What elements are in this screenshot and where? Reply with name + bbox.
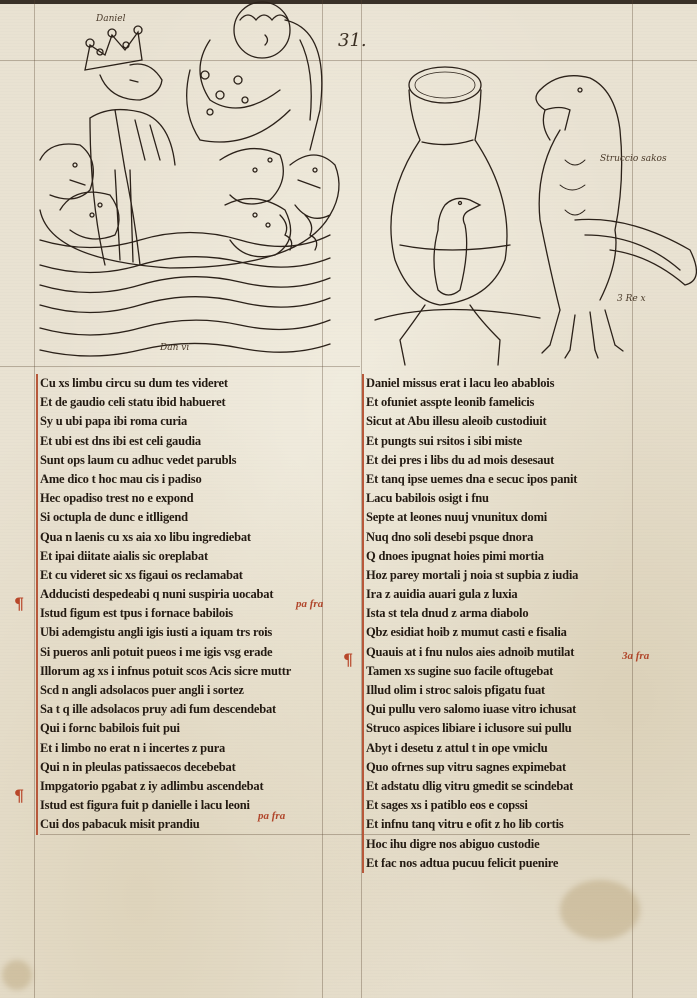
text-line: Septe at leones nuuj vnunitux domi bbox=[366, 508, 656, 527]
text-line: Qui n in pleulas patissaecos decebebat bbox=[40, 758, 330, 777]
text-line: Et de gaudio celi statu ibid habueret bbox=[40, 393, 330, 412]
text-line: Illorum ag xs i infnus potuit scos Acis … bbox=[40, 662, 330, 681]
text-line: Et fac nos adtua pucuu felicit puenire bbox=[366, 854, 656, 873]
illustration-daniel-lions bbox=[30, 0, 360, 370]
text-line: Sicut at Abu illesu aleoib custodiuit bbox=[366, 412, 656, 431]
text-line: Si octupla de dunc e itlligend bbox=[40, 508, 330, 527]
text-line: Et pungts sui rsitos i sibi miste bbox=[366, 432, 656, 451]
text-line: Daniel missus erat i lacu leo abablois bbox=[366, 374, 656, 393]
text-line: Et cu videret sic xs figaui os reclamaba… bbox=[40, 566, 330, 585]
rubric-note: pa fra bbox=[296, 598, 323, 610]
text-line: Hoz parey mortali j noia st supbia z iud… bbox=[366, 566, 656, 585]
paragraph-mark: ¶ bbox=[14, 594, 24, 613]
text-line: Q dnoes ipugnat hoies pimi mortia bbox=[366, 547, 656, 566]
text-line: Qua n laenis cu xs aia xo libu ingredieb… bbox=[40, 528, 330, 547]
text-line: Adducisti despedeabi q nuni suspiria uoc… bbox=[40, 585, 330, 604]
right-text-column: Daniel missus erat i lacu leo abablois E… bbox=[366, 374, 656, 873]
text-line: Tamen xs sugine suo facile oftugebat bbox=[366, 662, 656, 681]
text-line: Hoc ihu digre nos abiguo custodie bbox=[366, 835, 656, 854]
text-line: Qui pullu vero salomo iuase vitro ichusa… bbox=[366, 700, 656, 719]
text-line: Et sages xs i patiblo eos e copssi bbox=[366, 796, 656, 815]
text-line: Istud est figura fuit p danielle i lacu … bbox=[40, 796, 330, 815]
text-line: Quauis at i fnu nulos aies adnoib mutila… bbox=[366, 643, 656, 662]
left-text-column: Cu xs limbu circu su dum tes videret Et … bbox=[40, 374, 330, 835]
text-line: Et i limbo no erat n i incertes z pura bbox=[40, 739, 330, 758]
text-line: Impgatorio pgabat z iy adlimbu ascendeba… bbox=[40, 777, 330, 796]
text-line: Illud olim i stroc salois pfigatu fuat bbox=[366, 681, 656, 700]
text-line: Ista st tela dnud z arma diabolo bbox=[366, 604, 656, 623]
illustration-label-struccio: Struccio sakos bbox=[600, 154, 667, 164]
stain bbox=[2, 960, 32, 990]
illustration-label-daniel: Daniel bbox=[96, 14, 125, 24]
text-line: Qui i fornc babilois fuit pui bbox=[40, 719, 330, 738]
text-line: Ubi ademgistu angli igis iusti a iquam t… bbox=[40, 623, 330, 642]
text-line: Cu xs limbu circu su dum tes videret bbox=[40, 374, 330, 393]
text-line: Hec opadiso trest no e expond bbox=[40, 489, 330, 508]
illustration-ref-3re: 3 Re x bbox=[617, 294, 646, 304]
text-line: Nuq dno soli desebi psque dnora bbox=[366, 528, 656, 547]
illustration-ref-dan-vi: Dan vi bbox=[160, 343, 189, 353]
text-line: Lacu babilois osigt i fnu bbox=[366, 489, 656, 508]
text-line: Et ubi est dns ibi est celi gaudia bbox=[40, 432, 330, 451]
text-line: Et ipai diitate aialis sic oreplabat bbox=[40, 547, 330, 566]
text-line: Ira z auidia auari gula z luxia bbox=[366, 585, 656, 604]
paragraph-mark: ¶ bbox=[343, 650, 353, 669]
text-line: Struco aspices libiare i iclusore sui pu… bbox=[366, 719, 656, 738]
text-line: Abyt i desetu z attul t in ope vmiclu bbox=[366, 739, 656, 758]
text-line: Qbz esidiat hoib z mumut casti e fisalia bbox=[366, 623, 656, 642]
text-line: Cui dos pabacuk misit prandiu bbox=[40, 815, 330, 834]
text-line: Et adstatu dlig vitru gmedit se scindeba… bbox=[366, 777, 656, 796]
text-line: Ame dico t hoc mau cis i padiso bbox=[40, 470, 330, 489]
text-line: Et tanq ipse uemes dna e secuc ipos pani… bbox=[366, 470, 656, 489]
text-line: Et ofuniet asspte leonib famelicis bbox=[366, 393, 656, 412]
rubric-note: 3a fra bbox=[622, 650, 649, 662]
text-line: Et dei pres i libs du ad mois desesaut bbox=[366, 451, 656, 470]
text-line: Et infnu tanq vitru e ofit z ho lib cort… bbox=[366, 815, 656, 834]
text-line: Quo ofrnes sup vitru sagnes expimebat bbox=[366, 758, 656, 777]
text-line: Sa t q ille adsolacos pruy adi fum desce… bbox=[40, 700, 330, 719]
text-line: Scd n angli adsolacos puer angli i sorte… bbox=[40, 681, 330, 700]
text-line: Sunt ops laum cu adhuc vedet parubls bbox=[40, 451, 330, 470]
text-line: Istud figum est tpus i fornace babilois bbox=[40, 604, 330, 623]
stain bbox=[560, 880, 640, 940]
text-line: Si pueros anli potuit pueos i me igis vs… bbox=[40, 643, 330, 662]
text-line: Sy u ubi papa ibi roma curia bbox=[40, 412, 330, 431]
rubric-note: pa fra bbox=[258, 810, 285, 822]
illustration-eagle-vase bbox=[360, 0, 697, 380]
paragraph-mark: ¶ bbox=[14, 786, 24, 805]
